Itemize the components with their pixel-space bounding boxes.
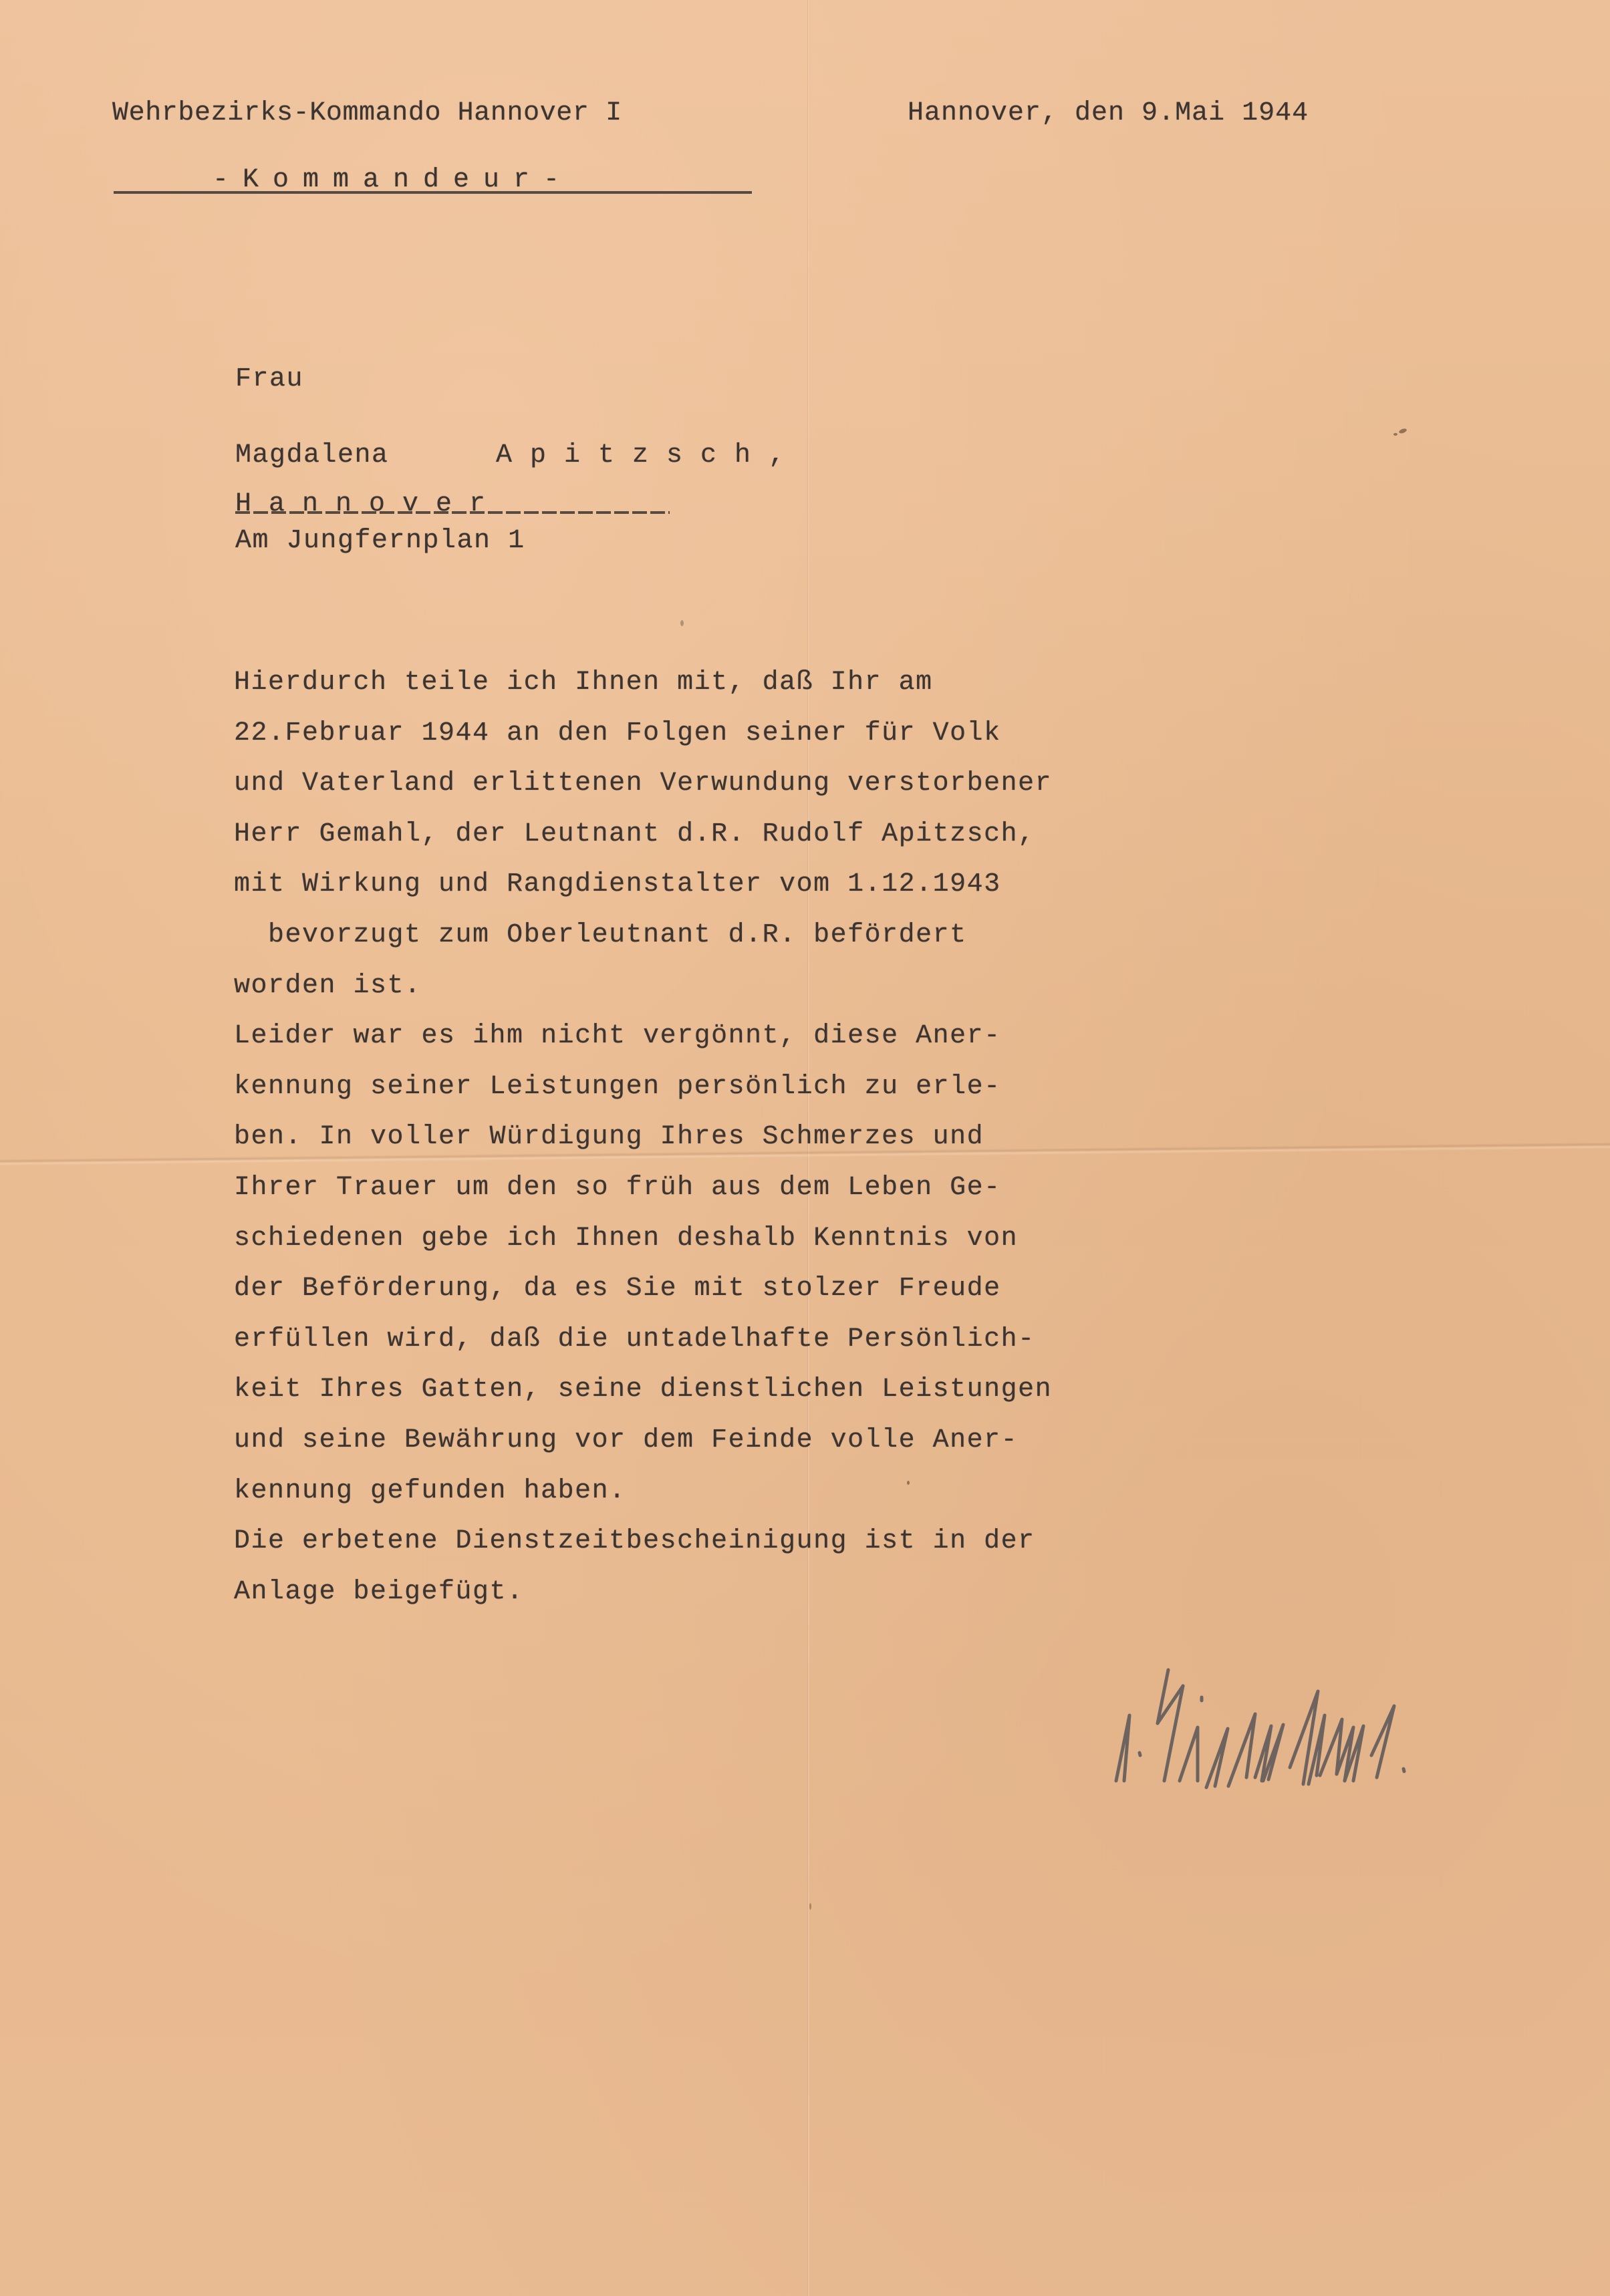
recipient-first-name: Magdalena [235,442,389,469]
body-line: Die erbetene Dienstzeitbescheinigung ist… [234,1528,1277,1579]
body-line: bevorzugt zum Oberleutnant d.R. beförder… [234,922,1277,973]
place-date-line: Hannover, den 9.Mai 1944 [908,100,1309,127]
recipient-street: Am Jungfernplan 1 [235,528,525,555]
body-line: kennung gefunden haben. [234,1478,1277,1529]
body-line: Leider war es ihm nicht vergönnt, diese … [234,1023,1277,1074]
body-line: kennung seiner Leistungen persönlich zu … [234,1074,1277,1125]
recipient-surname: Apitzsch, [496,442,803,469]
paper-speck [680,620,684,626]
body-line: erfüllen wird, daß die untadelhafte Pers… [234,1326,1277,1377]
department-line: -Kommandeur- [213,167,573,194]
body-line: Hierdurch teile ich Ihnen mit, daß Ihr a… [234,670,1277,720]
body-line: der Beförderung, da es Sie mit stolzer F… [234,1276,1277,1326]
body-line: und Vaterland erlittenen Verwundung vers… [234,770,1277,821]
body-line: Ihrer Trauer um den so früh aus dem Lebe… [234,1175,1277,1226]
body-line: ben. In voller Würdigung Ihres Schmerzes… [234,1124,1277,1175]
body-line: mit Wirkung und Rangdienstalter vom 1.12… [234,871,1277,922]
body-line: Herr Gemahl, der Leutnant d.R. Rudolf Ap… [234,821,1277,872]
body-line: und seine Bewährung vor dem Feinde volle… [234,1427,1277,1478]
body-line: worden ist. [234,973,1277,1024]
paper-speck [1393,433,1397,436]
sender-line: Wehrbezirks-Kommando Hannover I [112,100,622,127]
body-line: keit Ihres Gatten, seine dienstlichen Le… [234,1377,1277,1427]
recipient-salutation: Frau [235,366,303,393]
body-line: schiedenen gebe ich Ihnen deshalb Kenntn… [234,1226,1277,1276]
header-underline [114,191,752,194]
body-line: 22.Februar 1944 an den Folgen seiner für… [234,720,1277,771]
recipient-city-underline [235,511,670,514]
recipient-city: Hannover [235,491,503,518]
body-line: Anlage beigefügt. [234,1579,1277,1630]
paper-speck [809,1903,811,1910]
letter-body: Hierdurch teile ich Ihnen mit, daß Ihr a… [234,670,1277,1629]
handwritten-signature [1083,1667,1497,1814]
